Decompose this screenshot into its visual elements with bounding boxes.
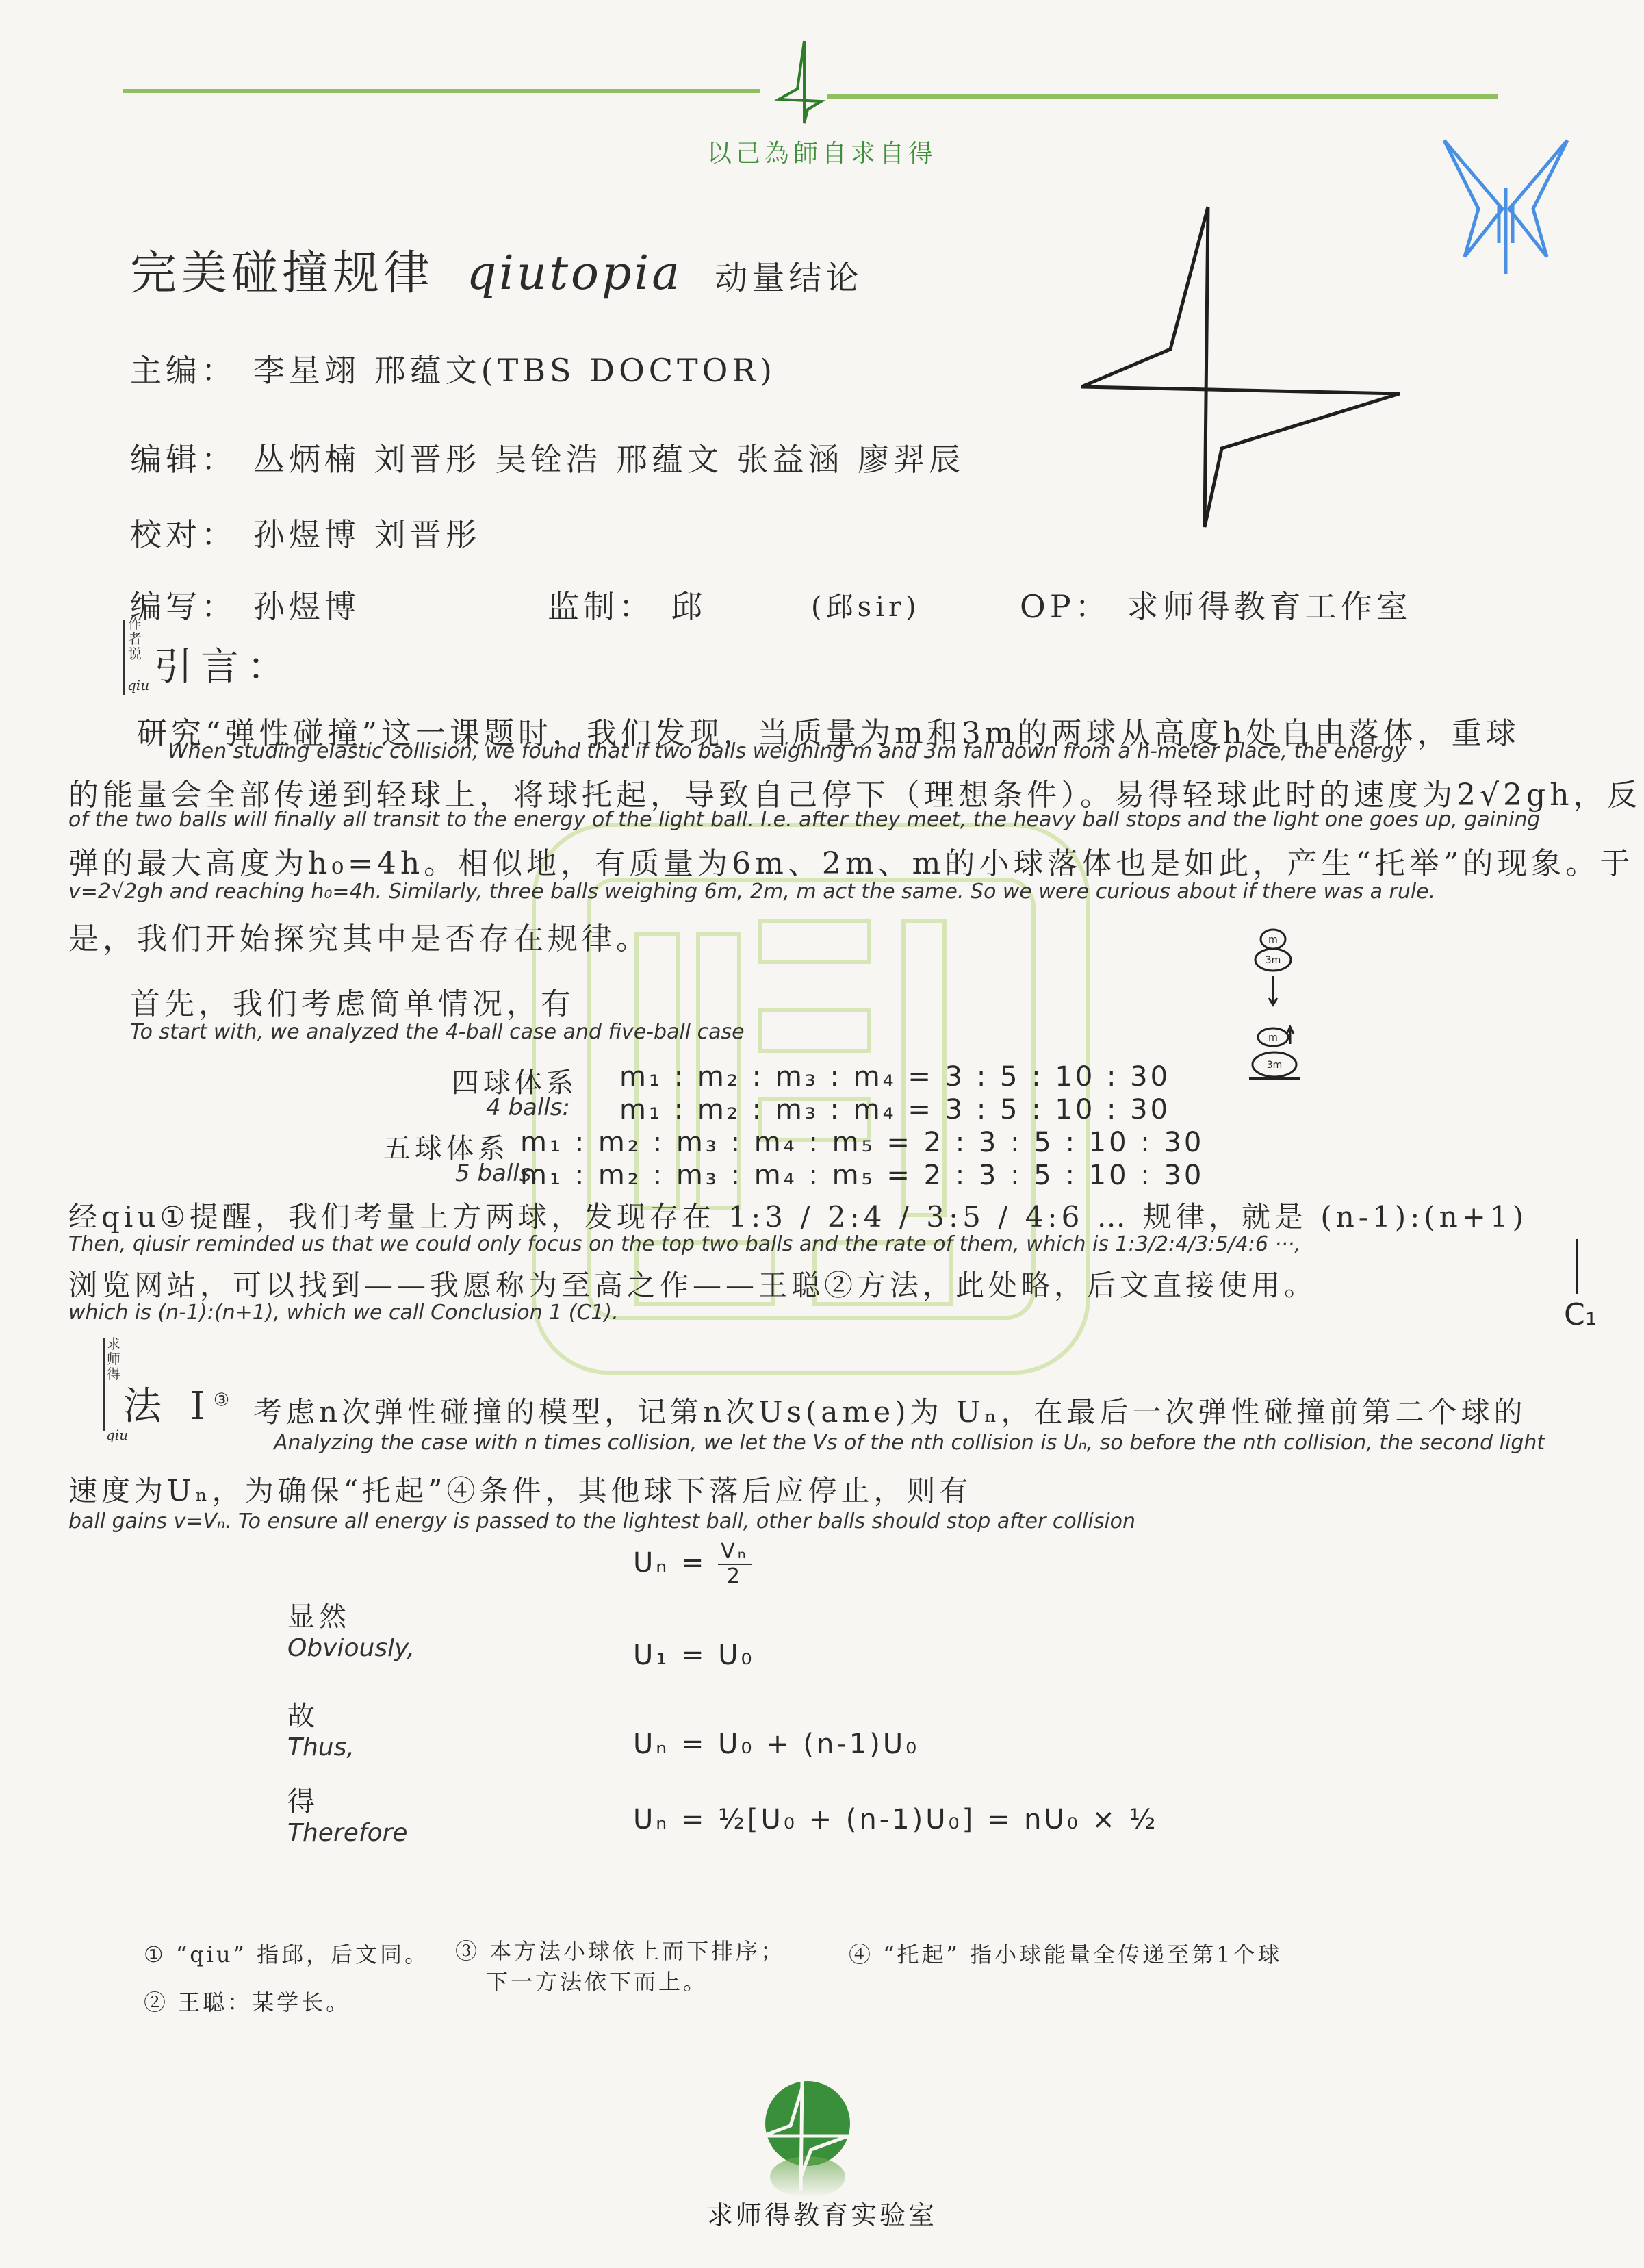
intro-side-sub: qiu — [127, 678, 142, 693]
simple-case-zh: 首先，我们考虑简单情况，有 — [130, 979, 575, 1023]
equation-step-1: U₁ = U₀ — [633, 1640, 755, 1671]
intro-zh-line-4: 是，我们开始探究其中是否存在规律。 — [68, 914, 650, 958]
method-heading: 法 I③ — [123, 1376, 237, 1431]
method-side-bar — [103, 1338, 105, 1431]
conclusion-zh-1: 经qiu①提醒，我们考量上方两球，发现存在 1:3 / 2:4 / 3:5 / … — [68, 1195, 1528, 1236]
derivation-step: 得 Therefore — [287, 1780, 408, 1847]
footnote-3-cont: 下一方法依下而上。 — [486, 1965, 708, 1996]
butterfly-logo-icon — [1437, 133, 1574, 277]
footnote-3: ③ 本方法小球依上而下排序； — [455, 1934, 785, 1965]
credit-op: OP：求师得教育工作室 — [1020, 582, 1412, 627]
intro-en-line-2: of the two balls will finally all transi… — [68, 808, 1540, 832]
svg-text:3m: 3m — [1266, 955, 1281, 966]
conclusion-tag: C₁ — [1564, 1297, 1597, 1332]
motto: 以己為師自求自得 — [0, 134, 1644, 169]
conclusion-tag-line — [1576, 1239, 1578, 1294]
intro-en-line-1: When studing elastic collision, we found… — [168, 739, 1406, 763]
intro-zh-line-3: 弹的最大高度为h₀=4h。相似地，有质量为6m、2m、m的小球落体也是如此，产生… — [68, 839, 1634, 882]
equation-un-half-vn: Uₙ = Vₙ2 — [633, 1540, 752, 1588]
conclusion-en-1: Then, qiusir reminded us that we could o… — [68, 1232, 1301, 1256]
credit-editors: 编辑：丛炳楠 刘晋彤 吴铨浩 邢蕴文 张益涵 廖羿辰 — [130, 435, 964, 480]
method-side-tag: 求师得 — [106, 1336, 121, 1381]
header-logo-icon — [767, 38, 842, 127]
conclusion-en-2: which is (n-1):(n+1), which we call Conc… — [68, 1301, 619, 1325]
intro-heading: 引言： — [154, 637, 294, 691]
derivation-step: 显然 Obviously, — [287, 1595, 415, 1662]
method-en-2: ball gains v=Vₙ. To ensure all energy is… — [68, 1509, 1135, 1533]
method-zh-1: 考虑n次弹性碰撞的模型，记第n次Us(ame)为 Uₙ，在最后一次弹性碰撞前第二… — [253, 1390, 1526, 1431]
credit-supervisor: 监制：邱 — [548, 582, 706, 627]
svg-text:m: m — [1268, 1032, 1278, 1043]
footnote-1: ① “qiu” 指邱，后文同。 — [144, 1937, 429, 1969]
header-rule-right — [827, 94, 1498, 99]
simple-case-en: To start with, we analyzed the 4-ball ca… — [130, 1020, 745, 1044]
page-title: 完美碰撞规律 qiutopia 动量结论 — [130, 236, 862, 303]
footer-logo-icon — [760, 2081, 856, 2197]
footnote-4: ④ “托起” 指小球能量全传递至第1个球 — [849, 1937, 1282, 1969]
ball-drop-diagram-icon: m 3m m 3m — [1246, 924, 1328, 1109]
hand-drawn-logo-icon — [1068, 199, 1410, 534]
svg-text:3m: 3m — [1267, 1060, 1283, 1071]
derivation-step: 故 Thus, — [287, 1694, 355, 1761]
credit-supervisor-note: (邱sir) — [811, 585, 921, 624]
footnote-2: ② 王聪：某学长。 — [144, 1985, 350, 2017]
credit-proofreaders: 校对：孙煜博 刘晋彤 — [130, 510, 481, 555]
title-suffix: 动量结论 — [715, 259, 862, 297]
credit-chief-editor: 主编：李星翊 邢蕴文(TBS DOCTOR) — [130, 346, 776, 391]
footer-brand: 求师得教育实验室 — [0, 2194, 1644, 2232]
intro-en-line-3: v=2√2gh and reaching h₀=4h. Similarly, t… — [68, 880, 1435, 904]
header-rule-left — [123, 89, 760, 93]
method-side-sub: qiu — [106, 1427, 121, 1442]
equation-step-2: Uₙ = U₀ + (n-1)U₀ — [633, 1729, 919, 1760]
intro-side-bar — [123, 620, 125, 695]
method-en-1: Analyzing the case with n times collisio… — [274, 1431, 1545, 1455]
intro-side-tag: 作者说 — [127, 616, 142, 661]
method-zh-2: 速度为Uₙ，为确保“托起”④条件，其他球下落后应停止，则有 — [68, 1468, 973, 1509]
conclusion-zh-2: 浏览网站，可以找到——我愿称为至高之作——王聪②方法，此处略，后文直接使用。 — [68, 1263, 1317, 1304]
equation-step-3: Uₙ = ½[U₀ + (n-1)U₀] = nU₀ × ½ — [633, 1804, 1158, 1835]
title-italic: qiutopia — [467, 246, 682, 301]
title-main: 完美碰撞规律 — [130, 246, 434, 301]
svg-text:m: m — [1268, 934, 1278, 945]
credit-writer: 编写：孙煜博 — [130, 582, 360, 627]
ball-drop-diagram: m 3m m 3m — [1246, 924, 1328, 1109]
